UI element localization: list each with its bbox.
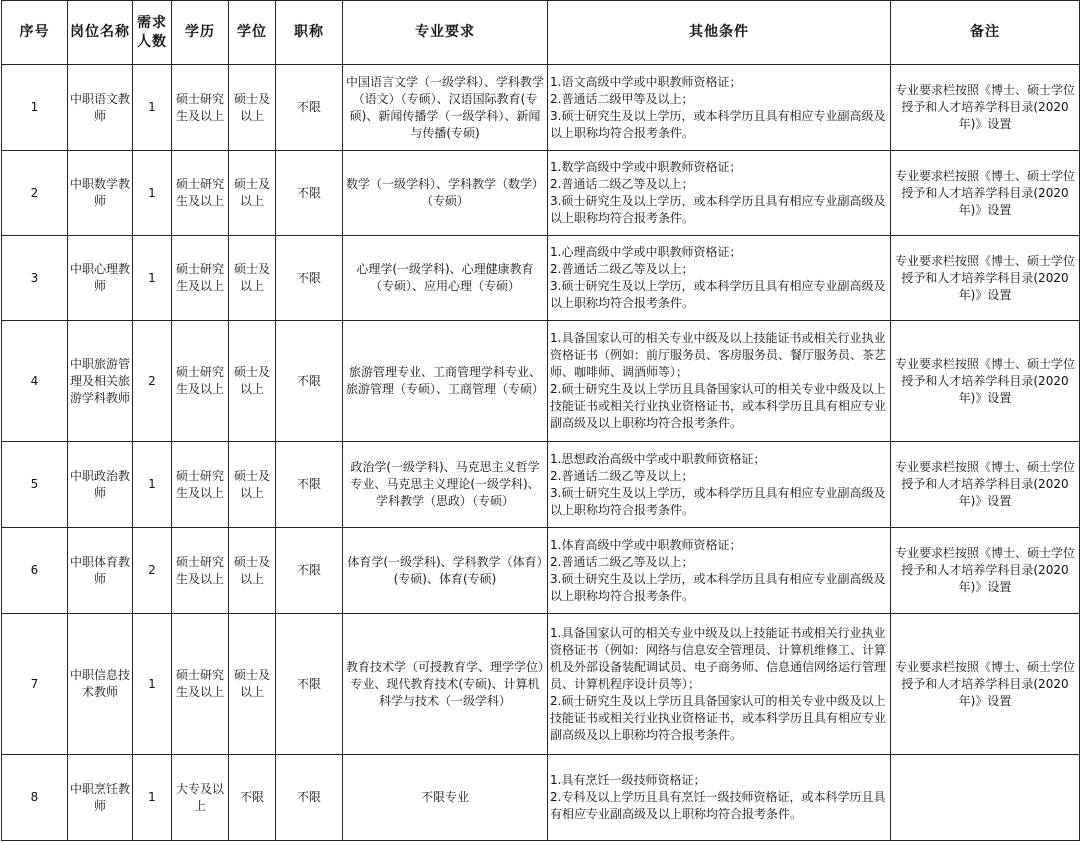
cell-remarks: 专业要求栏按照《博士、硕士学位授予和人才培养学科目录(2020年)》设置	[891, 321, 1080, 442]
condition-item: 1.具备国家认可的相关专业中级及以上技能证书或相关行业执业资格证书（例如：前厅服…	[550, 330, 888, 381]
condition-item: 2.普通话二级乙等及以上；	[550, 176, 888, 193]
cell-seq: 2	[2, 151, 68, 236]
cell-position: 中职信息技术教师	[68, 614, 133, 755]
header-remarks: 备注	[891, 1, 1080, 65]
table-row: 2 中职数学教师 1 硕士研究生及以上 硕士及以上 不限 数学（一级学科）、学科…	[2, 151, 1080, 236]
table-row: 7 中职信息技术教师 1 硕士研究生及以上 硕士及以上 不限 教育技术学（可授教…	[2, 614, 1080, 755]
cell-conditions: 1.数学高级中学或中职教师资格证；2.普通话二级乙等及以上；3.硕士研究生及以上…	[548, 151, 891, 236]
condition-item: 2.普通话二级乙等及以上；	[550, 261, 888, 278]
cell-degree: 硕士及以上	[229, 236, 276, 321]
condition-item: 1.数学高级中学或中职教师资格证；	[550, 159, 888, 176]
cell-title: 不限	[276, 528, 343, 614]
condition-item: 3.硕士研究生及以上学历，或本科学历且具有相应专业副高级及以上职称均符合报考条件…	[550, 571, 888, 605]
cell-education: 硕士研究生及以上	[172, 151, 229, 236]
cell-degree: 硕士及以上	[229, 321, 276, 442]
cell-conditions: 1.具备国家认可的相关专业中级及以上技能证书或相关行业执业资格证书（例如：前厅服…	[548, 321, 891, 442]
cell-degree: 硕士及以上	[229, 528, 276, 614]
cell-remarks: 专业要求栏按照《博士、硕士学位授予和人才培养学科目录(2020年)》设置	[891, 236, 1080, 321]
table-row: 8 中职烹饪教师 1 大专及以上 不限 不限 不限专业 1.具有烹饪一级技师资格…	[2, 755, 1080, 841]
cell-position: 中职体育教师	[68, 528, 133, 614]
cell-title: 不限	[276, 442, 343, 528]
condition-item: 2.硕士研究生及以上学历且具备国家认可的相关专业中级及以上技能证书或相关行业执业…	[550, 693, 888, 744]
cell-remarks: 专业要求栏按照《博士、硕士学位授予和人才培养学科目录(2020年)》设置	[891, 528, 1080, 614]
cell-remarks: 专业要求栏按照《博士、硕士学位授予和人才培养学科目录(2020年)》设置	[891, 151, 1080, 236]
table-body: 1 中职语文教师 1 硕士研究生及以上 硕士及以上 不限 中国语言文学（一级学科…	[2, 65, 1080, 841]
cell-count: 1	[133, 151, 172, 236]
cell-position: 中职烹饪教师	[68, 755, 133, 841]
condition-item: 2.普通话二级乙等及以上；	[550, 554, 888, 571]
cell-count: 2	[133, 528, 172, 614]
condition-item: 1.思想政治高级中学或中职教师资格证；	[550, 451, 888, 468]
cell-seq: 4	[2, 321, 68, 442]
cell-seq: 8	[2, 755, 68, 841]
condition-item: 1.具备国家认可的相关专业中级及以上技能证书或相关行业执业资格证书（例如：网络与…	[550, 625, 888, 693]
cell-count: 1	[133, 442, 172, 528]
cell-major: 不限专业	[343, 755, 548, 841]
cell-remarks: 专业要求栏按照《博士、硕士学位授予和人才培养学科目录(2020年)》设置	[891, 65, 1080, 151]
cell-education: 硕士研究生及以上	[172, 65, 229, 151]
cell-count: 1	[133, 65, 172, 151]
table-row: 6 中职体育教师 2 硕士研究生及以上 硕士及以上 不限 体育学(一级学科)、学…	[2, 528, 1080, 614]
cell-position: 中职数学教师	[68, 151, 133, 236]
cell-seq: 1	[2, 65, 68, 151]
cell-title: 不限	[276, 321, 343, 442]
cell-position: 中职旅游管理及相关旅游学科教师	[68, 321, 133, 442]
cell-degree: 硕士及以上	[229, 614, 276, 755]
cell-title: 不限	[276, 236, 343, 321]
condition-item: 2.专科及以上学历且具有烹饪一级技师资格证，或本科学历且具有相应专业副高级及以上…	[550, 789, 888, 823]
cell-count: 1	[133, 755, 172, 841]
condition-item: 1.体育高级中学或中职教师资格证；	[550, 537, 888, 554]
condition-item: 3.硕士研究生及以上学历，或本科学历且具有相应专业副高级及以上职称均符合报考条件…	[550, 193, 888, 227]
condition-item: 1.心理高级中学或中职教师资格证；	[550, 244, 888, 261]
header-major: 专业要求	[343, 1, 548, 65]
cell-position: 中职心理教师	[68, 236, 133, 321]
cell-seq: 6	[2, 528, 68, 614]
table-row: 3 中职心理教师 1 硕士研究生及以上 硕士及以上 不限 心理学(一级学科)、心…	[2, 236, 1080, 321]
condition-item: 3.硕士研究生及以上学历，或本科学历且具有相应专业副高级及以上职称均符合报考条件…	[550, 485, 888, 519]
cell-conditions: 1.具有烹饪一级技师资格证；2.专科及以上学历且具有烹饪一级技师资格证，或本科学…	[548, 755, 891, 841]
cell-major: 数学（一级学科）、学科教学（数学）（专硕）	[343, 151, 548, 236]
cell-seq: 7	[2, 614, 68, 755]
cell-position: 中职语文教师	[68, 65, 133, 151]
cell-count: 1	[133, 236, 172, 321]
cell-education: 硕士研究生及以上	[172, 236, 229, 321]
cell-degree: 硕士及以上	[229, 151, 276, 236]
cell-major: 中国语言文学（一级学科）、学科教学（语文）（专硕）、汉语国际教育(专硕)、新闻传…	[343, 65, 548, 151]
cell-conditions: 1.语文高级中学或中职教师资格证；2.普通话二级甲等及以上；3.硕士研究生及以上…	[548, 65, 891, 151]
condition-item: 2.普通话二级甲等及以上；	[550, 91, 888, 108]
cell-position: 中职政治教师	[68, 442, 133, 528]
cell-remarks: 专业要求栏按照《博士、硕士学位授予和人才培养学科目录(2020年)》设置	[891, 614, 1080, 755]
cell-remarks	[891, 755, 1080, 841]
condition-item: 1.具有烹饪一级技师资格证；	[550, 772, 888, 789]
condition-item: 3.硕士研究生及以上学历，或本科学历且具有相应专业副高级及以上职称均符合报考条件…	[550, 278, 888, 312]
cell-major: 政治学(一级学科)、马克思主义哲学专业、马克思主义理论(一级学科)、学科教学（思…	[343, 442, 548, 528]
cell-education: 硕士研究生及以上	[172, 614, 229, 755]
cell-conditions: 1.心理高级中学或中职教师资格证；2.普通话二级乙等及以上；3.硕士研究生及以上…	[548, 236, 891, 321]
cell-title: 不限	[276, 614, 343, 755]
cell-count: 2	[133, 321, 172, 442]
header-count: 需求人数	[133, 1, 172, 65]
cell-major: 教育技术学（可授教育学、理学学位）专业、现代教育技术(专硕)、计算机科学与技术（…	[343, 614, 548, 755]
cell-title: 不限	[276, 755, 343, 841]
cell-education: 硕士研究生及以上	[172, 442, 229, 528]
cell-conditions: 1.思想政治高级中学或中职教师资格证；2.普通话二级乙等及以上；3.硕士研究生及…	[548, 442, 891, 528]
header-seq: 序号	[2, 1, 68, 65]
cell-title: 不限	[276, 65, 343, 151]
cell-major: 心理学(一级学科)、心理健康教育（专硕）、应用心理（专硕）	[343, 236, 548, 321]
cell-education: 硕士研究生及以上	[172, 321, 229, 442]
cell-major: 旅游管理专业、工商管理学科专业、旅游管理（专硕）、工商管理（专硕）	[343, 321, 548, 442]
condition-item: 2.硕士研究生及以上学历且具备国家认可的相关专业中级及以上技能证书或相关行业执业…	[550, 381, 888, 432]
cell-title: 不限	[276, 151, 343, 236]
cell-degree: 硕士及以上	[229, 442, 276, 528]
header-education: 学历	[172, 1, 229, 65]
cell-conditions: 1.具备国家认可的相关专业中级及以上技能证书或相关行业执业资格证书（例如：网络与…	[548, 614, 891, 755]
header-degree: 学位	[229, 1, 276, 65]
cell-education: 大专及以上	[172, 755, 229, 841]
condition-item: 3.硕士研究生及以上学历，或本科学历且具有相应专业副高级及以上职称均符合报考条件…	[550, 108, 888, 142]
cell-major: 体育学(一级学科)、学科教学（体育）(专硕)、体育(专硕)	[343, 528, 548, 614]
cell-degree: 不限	[229, 755, 276, 841]
header-position: 岗位名称	[68, 1, 133, 65]
cell-education: 硕士研究生及以上	[172, 528, 229, 614]
condition-item: 1.语文高级中学或中职教师资格证；	[550, 74, 888, 91]
condition-item: 2.普通话二级乙等及以上；	[550, 468, 888, 485]
cell-seq: 5	[2, 442, 68, 528]
header-conditions: 其他条件	[548, 1, 891, 65]
table-row: 5 中职政治教师 1 硕士研究生及以上 硕士及以上 不限 政治学(一级学科)、马…	[2, 442, 1080, 528]
cell-degree: 硕士及以上	[229, 65, 276, 151]
table-header-row: 序号 岗位名称 需求人数 学历 学位 职称 专业要求 其他条件 备注	[2, 1, 1080, 65]
recruitment-table: 序号 岗位名称 需求人数 学历 学位 职称 专业要求 其他条件 备注 1 中职语…	[1, 0, 1080, 841]
table-row: 4 中职旅游管理及相关旅游学科教师 2 硕士研究生及以上 硕士及以上 不限 旅游…	[2, 321, 1080, 442]
cell-remarks: 专业要求栏按照《博士、硕士学位授予和人才培养学科目录(2020年)》设置	[891, 442, 1080, 528]
cell-seq: 3	[2, 236, 68, 321]
cell-conditions: 1.体育高级中学或中职教师资格证；2.普通话二级乙等及以上；3.硕士研究生及以上…	[548, 528, 891, 614]
header-title: 职称	[276, 1, 343, 65]
cell-count: 1	[133, 614, 172, 755]
table-row: 1 中职语文教师 1 硕士研究生及以上 硕士及以上 不限 中国语言文学（一级学科…	[2, 65, 1080, 151]
